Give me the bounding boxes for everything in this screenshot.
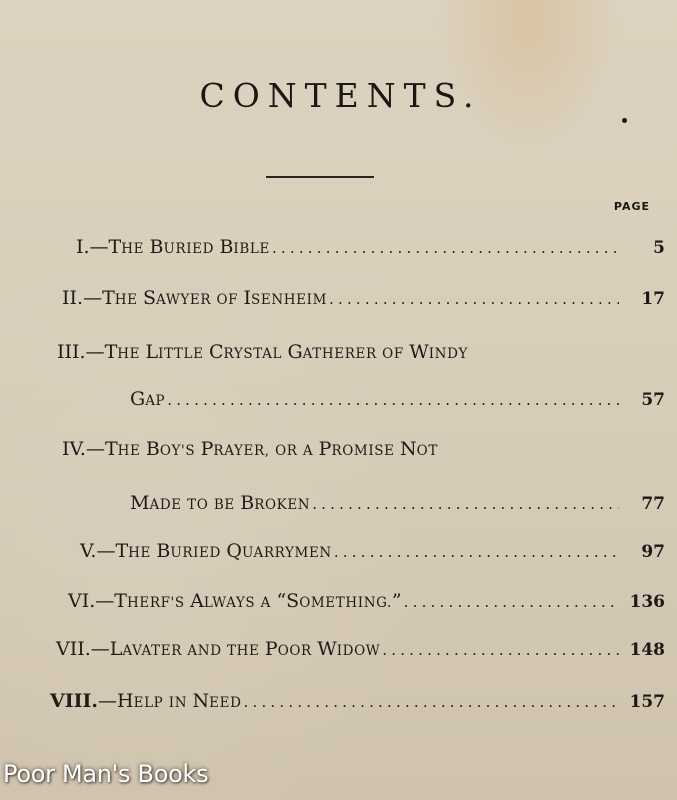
chapter-numeral: VIII. bbox=[50, 690, 98, 712]
page-number: 5 bbox=[625, 238, 665, 258]
chapter-numeral: I. bbox=[76, 236, 90, 258]
chapter-title: MADE TO BE BROKEN bbox=[130, 492, 310, 514]
toc-entry-line: VIII.—HELP IN NEED......................… bbox=[50, 690, 665, 712]
em-dash: — bbox=[86, 341, 105, 363]
dot-leader: ........................................… bbox=[272, 239, 619, 257]
page-column-label: PAGE bbox=[614, 200, 650, 213]
page-number: 157 bbox=[625, 692, 665, 712]
toc-entry-line: MADE TO BE BROKEN.......................… bbox=[130, 492, 665, 514]
em-dash: — bbox=[86, 438, 105, 460]
toc-entry-line: VI.—THERF'S ALWAYS A “SOMETHING.”.......… bbox=[68, 590, 665, 612]
dot-leader: ........................................… bbox=[312, 495, 619, 513]
page-number: 77 bbox=[625, 494, 665, 514]
em-dash: — bbox=[91, 638, 110, 660]
chapter-title: LAVATER AND THE POOR WIDOW bbox=[110, 638, 380, 660]
dot-leader: ........................................… bbox=[382, 641, 619, 659]
chapter-title: THERF'S ALWAYS A “SOMETHING.” bbox=[114, 590, 401, 612]
chapter-title: GAP bbox=[130, 388, 165, 410]
chapter-numeral: II. bbox=[62, 287, 83, 309]
ink-speck bbox=[622, 118, 627, 123]
chapter-title: THE BURIED BIBLE bbox=[109, 236, 270, 258]
em-dash: — bbox=[98, 690, 117, 712]
toc-entry-line: II.—THE SAWYER OF ISENHEIM..............… bbox=[62, 287, 665, 309]
dot-leader: ........................................… bbox=[167, 391, 619, 409]
page-number: 148 bbox=[625, 640, 665, 660]
em-dash: — bbox=[95, 590, 114, 612]
chapter-title: THE LITTLE CRYSTAL GATHERER OF WINDY bbox=[105, 341, 468, 363]
page-title: CONTENTS. bbox=[0, 76, 677, 115]
title-rule-divider bbox=[266, 176, 374, 178]
toc-entry-line: I.—THE BURIED BIBLE.....................… bbox=[76, 236, 665, 258]
watermark: Poor Man's Books bbox=[3, 760, 208, 788]
page-number: 97 bbox=[625, 542, 665, 562]
dot-leader: ........................................… bbox=[329, 290, 619, 308]
chapter-numeral: VI. bbox=[68, 590, 95, 612]
toc-entry-line: III.—THE LITTLE CRYSTAL GATHERER OF WIND… bbox=[57, 341, 468, 363]
em-dash: — bbox=[96, 540, 115, 562]
toc-entry-line: IV.—THE BOY'S PRAYER, OR A PROMISE NOT bbox=[62, 438, 438, 460]
chapter-numeral: IV. bbox=[62, 438, 86, 460]
chapter-title: HELP IN NEED bbox=[117, 690, 241, 712]
page-number: 136 bbox=[625, 592, 665, 612]
chapter-title: THE BOY'S PRAYER, OR A PROMISE NOT bbox=[105, 438, 438, 460]
page-number: 17 bbox=[625, 289, 665, 309]
page-number: 57 bbox=[625, 390, 665, 410]
chapter-numeral: V. bbox=[80, 540, 96, 562]
book-page: CONTENTS. PAGE I.—THE BURIED BIBLE......… bbox=[0, 0, 677, 800]
dot-leader: ........................................… bbox=[334, 543, 619, 561]
em-dash: — bbox=[83, 287, 102, 309]
dot-leader: ........................................… bbox=[244, 693, 619, 711]
chapter-numeral: VII. bbox=[56, 638, 91, 660]
dot-leader: ........................................… bbox=[404, 593, 619, 611]
toc-entry-line: GAP.....................................… bbox=[130, 388, 665, 410]
em-dash: — bbox=[90, 236, 109, 258]
chapter-numeral: III. bbox=[57, 341, 86, 363]
toc-entry-line: V.—THE BURIED QUARRYMEN.................… bbox=[80, 540, 665, 562]
chapter-title: THE BURIED QUARRYMEN bbox=[115, 540, 331, 562]
toc-entry-line: VII.—LAVATER AND THE POOR WIDOW.........… bbox=[56, 638, 665, 660]
chapter-title: THE SAWYER OF ISENHEIM bbox=[102, 287, 327, 309]
